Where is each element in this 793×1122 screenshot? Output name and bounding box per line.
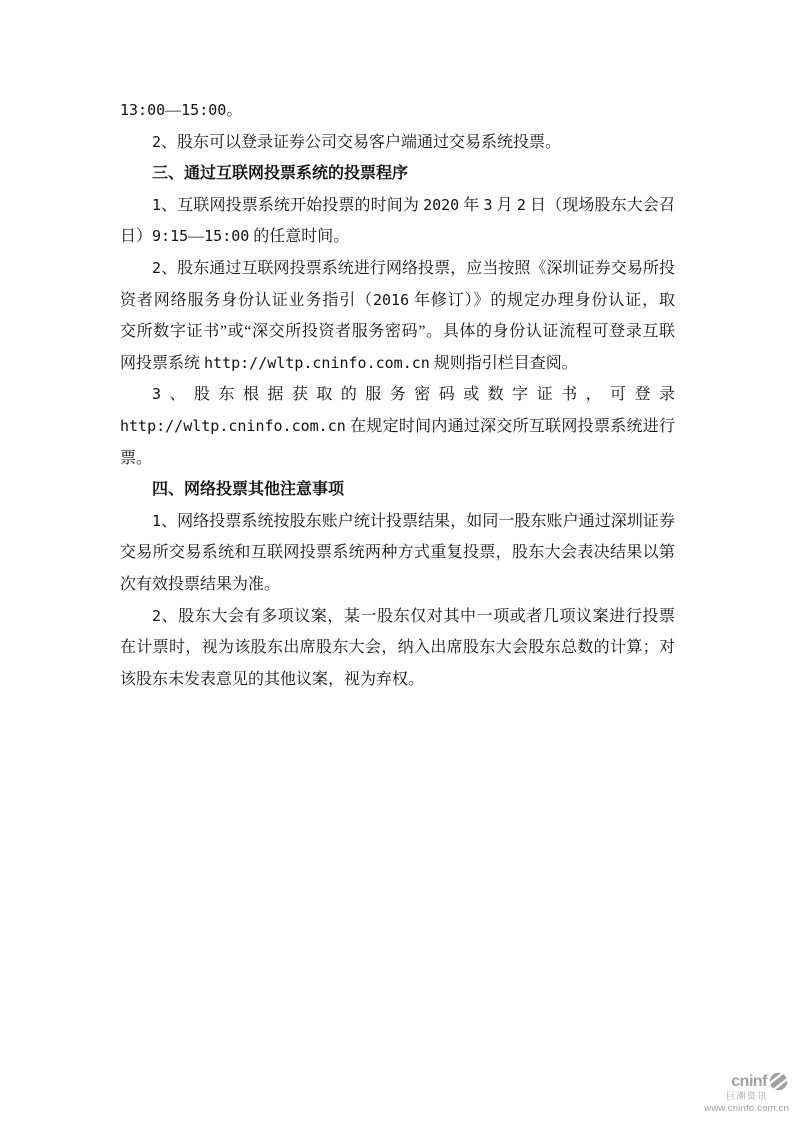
section-heading: 四、网络投票其他注意事项 xyxy=(120,474,675,506)
text-line: 1、互联网投票系统开始投票的时间为 2020 年 3 月 2 日（现场股东大会召… xyxy=(120,190,675,222)
cninfo-watermark: cninf 巨潮资讯 www.cninfo.com.cn xyxy=(704,1071,789,1114)
latin-text: 2 xyxy=(152,607,161,625)
latin-text: 2 xyxy=(517,196,526,214)
latin-text: http://wltp.cninfo.com.cn xyxy=(120,417,346,435)
section-heading: 三、通过互联网投票系统的投票程序 xyxy=(120,158,675,190)
latin-text: http://wltp.cninfo.com.cn xyxy=(204,354,430,372)
text-line: 2、股东大会有多项议案，某一股东仅对其中一项或者几项议案进行投票的， xyxy=(120,601,675,633)
text-line: 资者网络服务身份认证业务指引（2016 年修订）》的规定办理身份认证，取得“深 xyxy=(120,285,675,317)
cninfo-brand-chinese: 巨潮资讯 xyxy=(726,1091,768,1101)
text-line: 交所数字证书”或“深交所投资者服务密码”。具体的身份认证流程可登录互联 xyxy=(120,316,675,348)
latin-text: 2 xyxy=(152,133,161,151)
text-line: 13:00—15:00。 xyxy=(120,95,675,127)
cninfo-swirl-icon xyxy=(768,1071,789,1092)
text-line: 网投票系统 http://wltp.cninfo.com.cn 规则指引栏目查阅… xyxy=(120,348,675,380)
latin-text: 13:00 xyxy=(120,101,165,119)
text-line: 票。 xyxy=(120,443,675,475)
latin-text: 2016 xyxy=(373,291,409,309)
cninfo-brand-text: cninf xyxy=(731,1071,767,1092)
cninfo-logo: cninf xyxy=(731,1071,789,1092)
latin-text: 1 xyxy=(152,512,161,530)
latin-text: 15:00 xyxy=(204,227,249,245)
document-page: 13:00—15:00。2、股东可以登录证券公司交易客户端通过交易系统投票。三、… xyxy=(0,0,793,1122)
latin-text: 2 xyxy=(152,259,161,277)
text-line: 日）9:15—15:00 的任意时间。 xyxy=(120,221,675,253)
document-body: 13:00—15:00。2、股东可以登录证券公司交易客户端通过交易系统投票。三、… xyxy=(120,95,675,695)
text-line: 交易所交易系统和互联网投票系统两种方式重复投票，股东大会表决结果以第一 xyxy=(120,537,675,569)
latin-text: 1 xyxy=(152,196,161,214)
text-line: 2、股东可以登录证券公司交易客户端通过交易系统投票。 xyxy=(120,127,675,159)
latin-text: 15:00 xyxy=(181,101,226,119)
latin-text: 3 xyxy=(484,196,493,214)
text-line: 在计票时，视为该股东出席股东大会，纳入出席股东大会股东总数的计算；对于 xyxy=(120,632,675,664)
text-line: 1、网络投票系统按股东账户统计投票结果，如同一股东账户通过深圳证券 xyxy=(120,506,675,538)
text-line: 次有效投票结果为准。 xyxy=(120,569,675,601)
text-line: 2、股东通过互联网投票系统进行网络投票，应当按照《深圳证券交易所投 xyxy=(120,253,675,285)
latin-text: 9:15 xyxy=(152,227,188,245)
text-line: http://wltp.cninfo.com.cn 在规定时间内通过深交所互联网… xyxy=(120,411,675,443)
latin-text: 2020 xyxy=(423,196,459,214)
text-line: 该股东未发表意见的其他议案，视为弃权。 xyxy=(120,664,675,696)
text-line: 3、股东根据获取的服务密码或数字证书，可登录 xyxy=(120,379,675,411)
cninfo-website: www.cninfo.com.cn xyxy=(704,1103,789,1114)
latin-text: 3 xyxy=(152,385,161,403)
